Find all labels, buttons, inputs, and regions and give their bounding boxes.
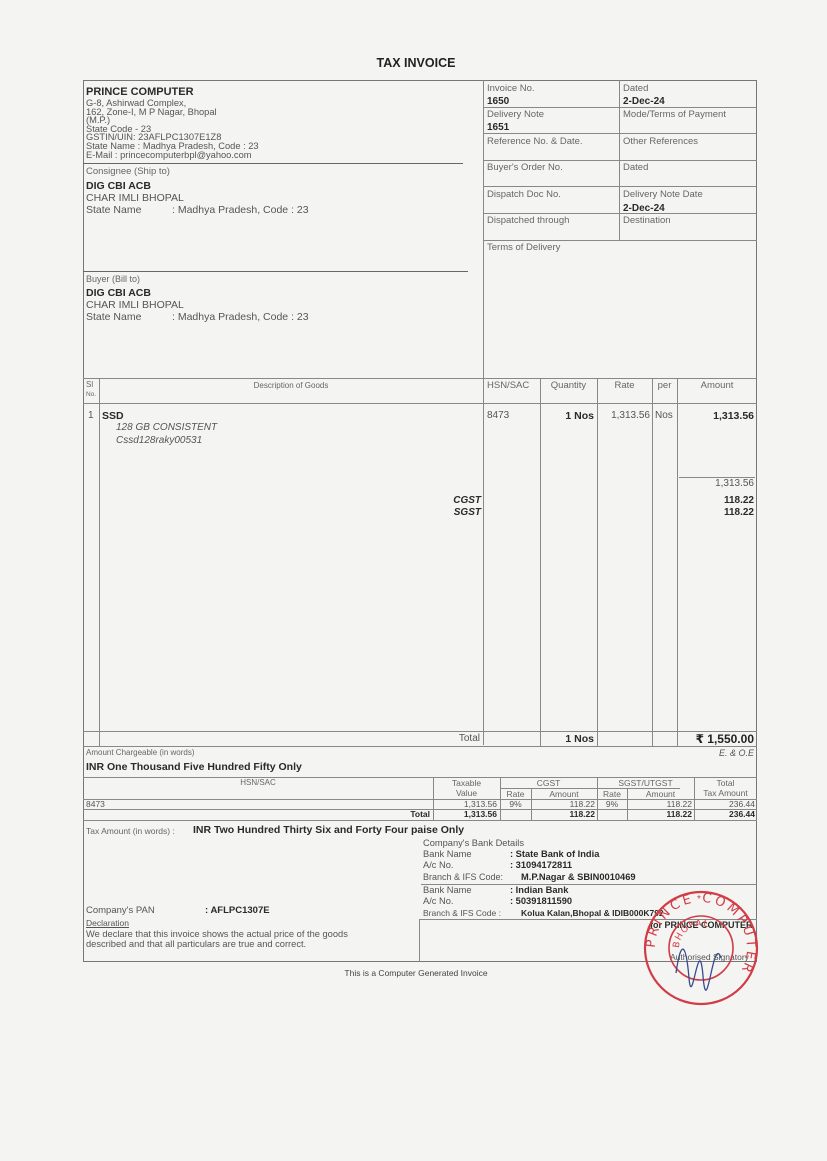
- consignee-state-label: State Name: [86, 204, 141, 216]
- divider: [483, 160, 757, 161]
- footer-note: This is a Computer Generated Invoice: [0, 968, 827, 978]
- tax-col-total: Total: [694, 778, 757, 788]
- tax-total-cgst: 118.22: [531, 809, 595, 819]
- divider: [677, 378, 678, 746]
- divider: [83, 746, 757, 747]
- divider: [83, 271, 468, 272]
- item-rate: 1,313.56: [597, 410, 650, 421]
- total-label: Total: [400, 733, 480, 744]
- item-sl: 1: [88, 410, 94, 421]
- divider: [483, 80, 484, 745]
- buyer-state-label: State Name: [86, 311, 141, 323]
- tax-row-cgst-rate: 9%: [500, 799, 531, 809]
- item-quantity: 1 Nos: [540, 410, 594, 422]
- cgst-amount: 118.22: [677, 495, 754, 506]
- invoice-no: 1650: [487, 96, 509, 107]
- tax-col-cgst-rate: Rate: [500, 789, 531, 799]
- terms-delivery-label: Terms of Delivery: [487, 242, 560, 253]
- divider: [83, 163, 463, 164]
- total-quantity: 1 Nos: [540, 733, 594, 745]
- tax-col-taxable: Taxable: [433, 778, 500, 788]
- destination-label: Destination: [623, 215, 671, 226]
- buyer-state: : Madhya Pradesh, Code : 23: [172, 311, 309, 323]
- divider: [83, 378, 757, 379]
- seller-address: G-8, Ashirwad Complex, 162, Zone-I, M P …: [86, 99, 259, 159]
- consignee-name: DIG CBI ACB: [86, 180, 151, 192]
- sgst-amount: 118.22: [677, 507, 754, 518]
- bank-name-label: Bank Name: [423, 885, 472, 895]
- divider: [83, 403, 757, 404]
- delivery-note-date: 2-Dec-24: [623, 203, 665, 214]
- account-no: : 50391811590: [510, 896, 572, 906]
- divider: [483, 107, 757, 108]
- divider: [597, 378, 598, 746]
- svg-text:*: *: [697, 894, 701, 905]
- bank-heading: Company's Bank Details: [423, 838, 524, 848]
- divider: [483, 240, 757, 241]
- col-description: Description of Goods: [99, 381, 483, 390]
- divider: [83, 820, 757, 821]
- bank-name: : State Bank of India: [510, 849, 599, 859]
- dated-value: 2-Dec-24: [623, 96, 665, 107]
- delivery-note-value: 1651: [487, 122, 509, 133]
- divider: [540, 378, 541, 746]
- eoe-note: E. & O.E: [650, 748, 754, 758]
- tax-col-cgst-amount: Amount: [531, 789, 597, 799]
- amount-words: INR One Thousand Five Hundred Fifty Only: [86, 761, 302, 773]
- buyer-address: CHAR IMLI BHOPAL: [86, 299, 184, 311]
- tax-total-taxable: 1,313.56: [433, 809, 497, 819]
- divider: [652, 378, 653, 746]
- tax-col-sgst-amount: Amount: [627, 789, 694, 799]
- mode-terms-label: Mode/Terms of Payment: [623, 109, 726, 120]
- item-per: Nos: [655, 410, 673, 421]
- company-stamp-icon: PRINCE COMPUTER BHOPAL *: [641, 888, 761, 1008]
- declaration-line2: described and that all particulars are t…: [86, 939, 306, 949]
- tax-col-taxable-value: Value: [433, 788, 500, 798]
- divider: [83, 731, 757, 732]
- col-quantity: Quantity: [540, 380, 597, 391]
- other-references-label: Other References: [623, 136, 698, 147]
- declaration-line1: We declare that this invoice shows the a…: [86, 929, 348, 939]
- col-per: per: [652, 380, 677, 391]
- branch-label: Branch & IFS Code :: [423, 908, 501, 918]
- col-rate: Rate: [597, 380, 652, 391]
- tax-col-cgst: CGST: [500, 778, 597, 788]
- consignee-label: Consignee (Ship to): [86, 166, 170, 177]
- tax-words: INR Two Hundred Thirty Six and Forty Fou…: [193, 824, 464, 836]
- tax-row-sgst-amount: 118.22: [627, 799, 692, 809]
- tax-total-label: Total: [83, 809, 430, 819]
- tax-row-cgst-amount: 118.22: [531, 799, 595, 809]
- bank-name-label: Bank Name: [423, 849, 472, 859]
- seller-name: PRINCE COMPUTER: [86, 86, 194, 98]
- item-hsn: 8473: [487, 410, 509, 421]
- consignee-address: CHAR IMLI BHOPAL: [86, 192, 184, 204]
- branch-ifsc: M.P.Nagar & SBIN0010469: [521, 872, 636, 882]
- divider: [483, 133, 757, 134]
- dispatch-doc-label: Dispatch Doc No.: [487, 189, 561, 200]
- delivery-note-date-label: Delivery Note Date: [623, 189, 703, 200]
- tax-row-total: 236.44: [694, 799, 755, 809]
- tax-row-sgst-rate: 9%: [597, 799, 627, 809]
- tax-col-sgst-rate: Rate: [597, 789, 627, 799]
- buyer-name: DIG CBI ACB: [86, 287, 151, 299]
- tax-row-taxable: 1,313.56: [433, 799, 497, 809]
- col-sl-no: No.: [86, 391, 96, 398]
- item-desc2: Cssd128raky00531: [116, 435, 202, 446]
- bank-name: : Indian Bank: [510, 885, 568, 895]
- item-desc1: 128 GB CONSISTENT: [116, 422, 217, 433]
- account-no: : 31094172811: [510, 860, 572, 870]
- subtotal: 1,313.56: [677, 478, 754, 489]
- sgst-label: SGST: [400, 507, 481, 518]
- dated-label: Dated: [623, 83, 648, 94]
- tax-words-label: Tax Amount (in words) :: [86, 826, 175, 836]
- dispatched-through-label: Dispatched through: [487, 215, 569, 226]
- tax-col-total-amount: Tax Amount: [694, 788, 757, 798]
- divider: [99, 378, 100, 746]
- document-title: TAX INVOICE: [0, 56, 827, 70]
- tax-row-hsn: 8473: [86, 799, 105, 809]
- item-amount: 1,313.56: [677, 410, 754, 422]
- branch-label: Branch & IFS Code:: [423, 872, 503, 882]
- delivery-note-label: Delivery Note: [487, 109, 544, 120]
- divider: [419, 919, 420, 962]
- buyers-order-label: Buyer's Order No.: [487, 162, 563, 173]
- tax-col-sgst: SGST/UTGST: [597, 778, 694, 788]
- tax-total-total: 236.44: [694, 809, 755, 819]
- divider: [483, 213, 757, 214]
- pan-value: : AFLPC1307E: [205, 905, 270, 916]
- consignee-state: : Madhya Pradesh, Code : 23: [172, 204, 309, 216]
- buyers-dated-label: Dated: [623, 162, 648, 173]
- total-amount: ₹ 1,550.00: [677, 732, 754, 746]
- pan-label: Company's PAN: [86, 905, 155, 916]
- col-hsn: HSN/SAC: [487, 380, 529, 391]
- tax-col-hsn: HSN/SAC: [83, 778, 433, 787]
- col-amount: Amount: [677, 380, 757, 391]
- declaration-label: Declaration: [86, 918, 129, 928]
- account-no-label: A/c No.: [423, 896, 453, 906]
- item-name: SSD: [102, 410, 124, 422]
- svg-text:BHOPAL: BHOPAL: [672, 919, 710, 949]
- amount-words-label: Amount Chargeable (in words): [86, 748, 195, 757]
- account-no-label: A/c No.: [423, 860, 453, 870]
- col-sl: Sl: [86, 380, 93, 389]
- invoice-no-label: Invoice No.: [487, 83, 535, 94]
- tax-total-sgst: 118.22: [627, 809, 692, 819]
- reference-label: Reference No. & Date.: [487, 136, 583, 147]
- buyer-label: Buyer (Bill to): [86, 274, 140, 284]
- cgst-label: CGST: [400, 495, 481, 506]
- divider: [483, 186, 757, 187]
